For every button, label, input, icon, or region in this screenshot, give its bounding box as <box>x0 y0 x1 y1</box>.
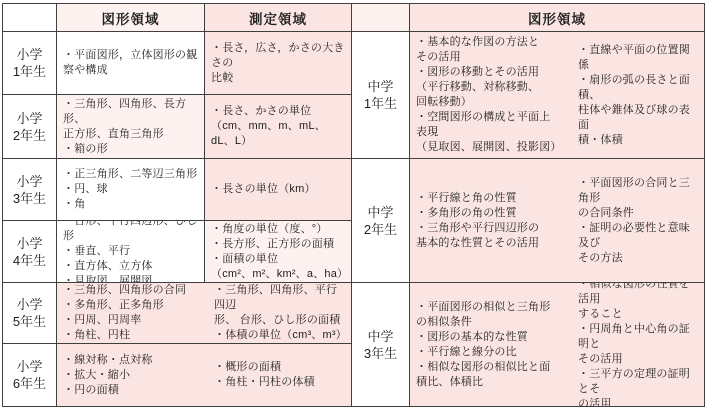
cell-jhs3-shape-right: ・相似な図形の性質を活用 すること ・円周角と中心角の証明と その活用 ・三平方… <box>576 283 704 406</box>
cell-jhs2-shape: ・平行線と角の性質 ・多角形の角の性質 ・三角形や平行四辺形の 基本的な性質とそ… <box>410 159 704 283</box>
cell-elem6-merged: ・線対称・点対称 ・拡大・縮小 ・円の面積 ・概形の面積 ・角柱・円柱の体積 <box>57 344 352 406</box>
header-elementary-shape-area: 図形領域 <box>57 4 205 32</box>
grade-label-elem-4: 小学 4年生 <box>3 221 57 283</box>
corner-cell-junior-high <box>352 4 410 32</box>
cell-elem4-measure: ・角度の単位（度、°） ・長方形、正方形の面積 ・面積の単位 （cm²、m²、k… <box>205 221 352 283</box>
grade-label-elem-3: 小学 3年生 <box>3 159 57 221</box>
header-junior-high-shape-area: 図形領域 <box>410 4 704 32</box>
cell-elem3-shape: ・正三角形、二等辺三角形 ・円、球 ・角 <box>57 159 205 221</box>
grade-label-elem-5: 小学 5年生 <box>3 283 57 344</box>
cell-jhs1-shape-left: ・基本的な作図の方法と その活用 ・図形の移動とその活用 （平行移動、対称移動、… <box>410 35 576 155</box>
cell-elem1-shape: ・平面図形，立体図形の観 察や構成 <box>57 32 205 95</box>
cell-jhs2-shape-right: ・平面図形の合同と三角形 の合同条件 ・証明の必要性と意味及び その方法 <box>576 176 704 266</box>
cell-elem6-shape: ・線対称・点対称 ・拡大・縮小 ・円の面積 <box>57 353 205 398</box>
corner-cell-elementary <box>3 4 57 32</box>
cell-elem2-shape: ・三角形、四角形、長方形、 正方形、直角三角形 ・箱の形 <box>57 95 205 159</box>
cell-jhs3-shape: ・平面図形の相似と三角形 の相似条件 ・図形の基本的な性質 ・平行線と線分の比 … <box>410 283 704 406</box>
cell-elem1-measure: ・長さ，広さ，かさの大きさの 比較 <box>205 32 352 95</box>
curriculum-table: 図形領域 測定領域 図形領域 小学 1年生 ・平面図形，立体図形の観 察や構成 … <box>2 3 705 407</box>
cell-jhs3-shape-left: ・平面図形の相似と三角形 の相似条件 ・図形の基本的な性質 ・平行線と線分の比 … <box>410 300 576 390</box>
grade-label-jhs-1: 中学 1年生 <box>352 32 410 159</box>
cell-elem4-shape: ・台形、平行四辺形、ひし形 ・垂直、平行 ・直方体、立方体 ・見取図、展開図 <box>57 221 205 283</box>
cell-elem5-merged: ・三角形、四角形の合同 ・多角形、正多角形 ・円周、円周率 ・角柱、円柱 ・三角… <box>57 283 352 344</box>
cell-jhs1-shape: ・基本的な作図の方法と その活用 ・図形の移動とその活用 （平行移動、対称移動、… <box>410 32 704 159</box>
header-elementary-measure-area: 測定領域 <box>205 4 352 32</box>
grade-label-elem-6: 小学 6年生 <box>3 344 57 406</box>
cell-elem2-measure: ・長さ、かさの単位 （cm、mm、m、mL、dL、L） <box>205 95 352 159</box>
cell-elem5-shape: ・三角形、四角形の合同 ・多角形、正多角形 ・円周、円周率 ・角柱、円柱 <box>57 283 205 343</box>
grade-label-elem-2: 小学 2年生 <box>3 95 57 159</box>
cell-jhs1-shape-right: ・直線や平面の位置関係 ・扇形の弧の長さと面積、 柱体や錐体及び球の表面 積・体… <box>576 43 704 148</box>
cell-elem3-measure: ・長さの単位（km） <box>205 159 352 221</box>
grade-label-elem-1: 小学 1年生 <box>3 32 57 95</box>
cell-elem5-measure: ・三角形、四角形、平行四辺 形、 台形、ひし形の面積 ・体積の単位（cm³、m³… <box>205 283 351 343</box>
cell-elem6-measure: ・概形の面積 ・角柱・円柱の体積 <box>205 360 351 390</box>
cell-jhs2-shape-left: ・平行線と角の性質 ・多角形の角の性質 ・三角形や平行四辺形の 基本的な性質とそ… <box>410 191 576 251</box>
grade-label-jhs-2: 中学 2年生 <box>352 159 410 283</box>
grade-label-jhs-3: 中学 3年生 <box>352 283 410 406</box>
